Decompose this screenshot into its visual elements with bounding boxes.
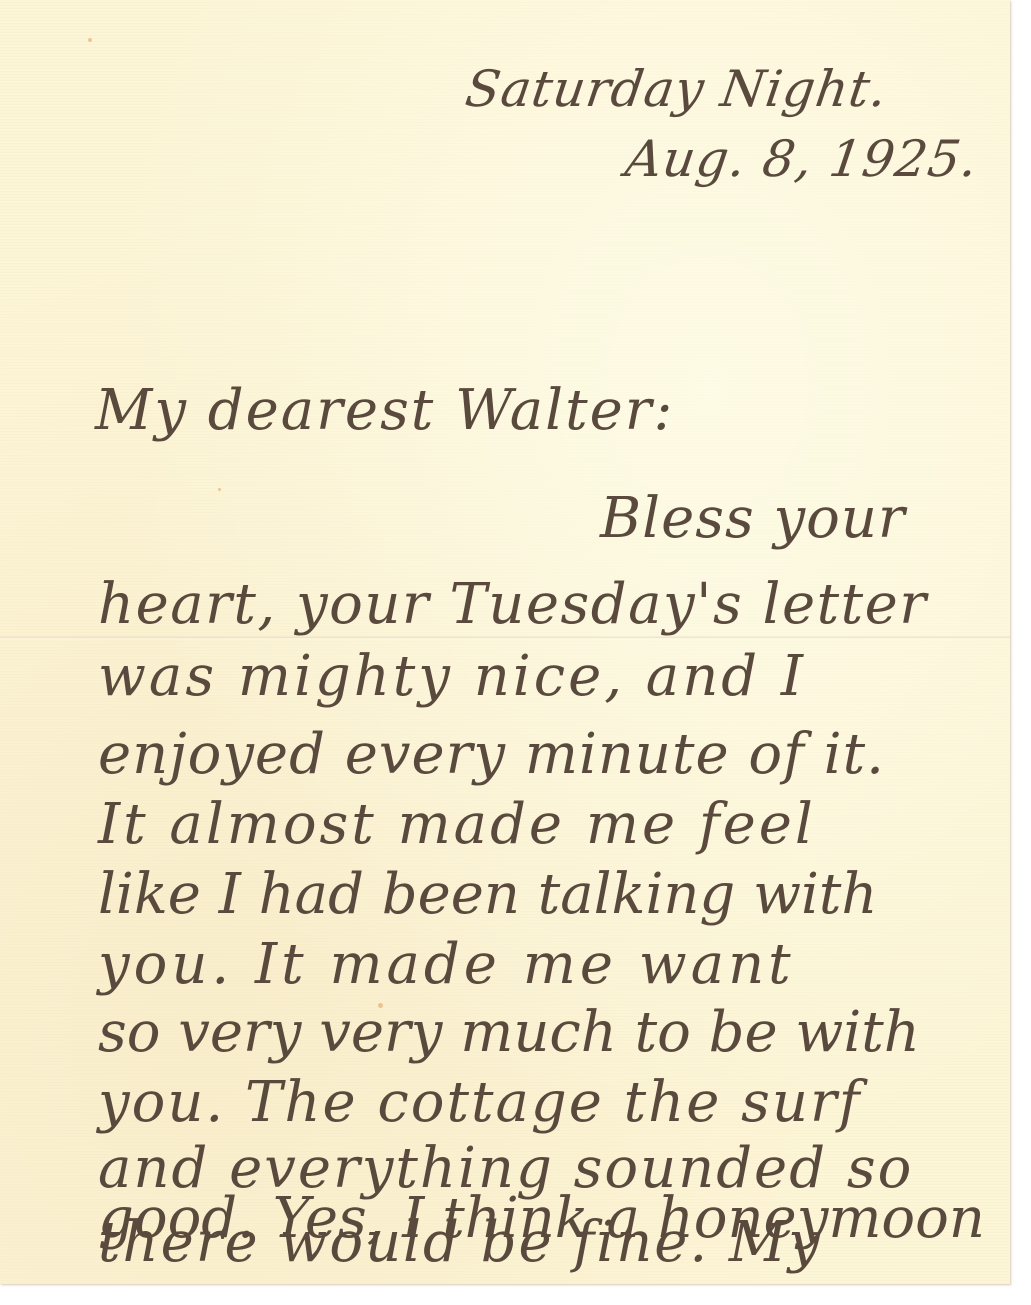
letter-line: heart, your Tuesday's letter — [98, 572, 928, 637]
letter-line: It almost made me feel — [98, 792, 816, 857]
letter-line: so very very much to be with — [98, 1000, 920, 1065]
letter-line: you. It made me want — [98, 932, 795, 997]
letter-day: Saturday Night. — [462, 60, 891, 118]
letter-line: you. The cottage the surf — [98, 1070, 861, 1135]
letter-line: Bless your — [600, 486, 906, 551]
paper-speck — [88, 38, 92, 42]
letter-salutation: My dearest Walter: — [95, 378, 674, 443]
letter-line: there would be fine. My — [98, 1210, 822, 1275]
letter-line: enjoyed every minute of it. — [98, 722, 885, 787]
paper-speck — [218, 488, 221, 491]
letter-line: like I had been talking with — [98, 862, 878, 927]
letter-date: Aug. 8, 1925. — [622, 130, 982, 188]
letter-page: Saturday Night. Aug. 8, 1925. My dearest… — [0, 0, 1010, 1284]
letter-line: was mighty nice, and I — [98, 644, 806, 709]
